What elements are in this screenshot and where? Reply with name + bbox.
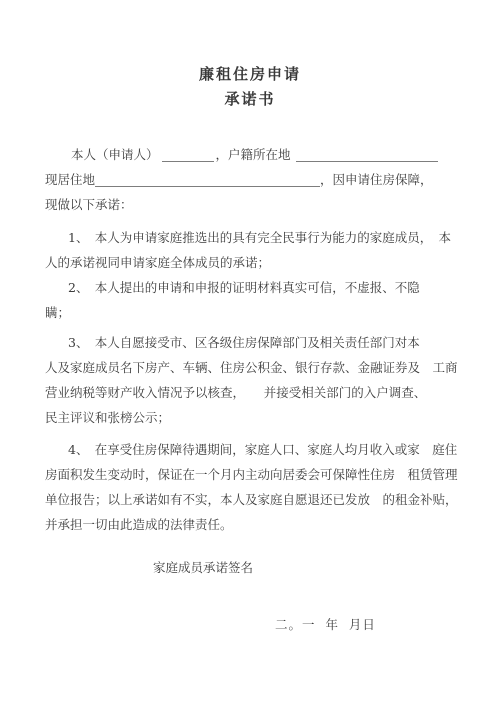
document-body: 本人（申请人），户籍所在地 现居住地，因申请住房保障， 现做以下承诺： 1、 本… — [45, 142, 475, 637]
applicant-blank-field — [162, 149, 214, 162]
signature-label: 家庭成员承诺签名 — [45, 555, 475, 580]
intro-line-1: 本人（申请人），户籍所在地 — [45, 142, 475, 167]
text-line: 人及家庭成员名下房产、车辆、住房公积金、银行存款、金融证券及 工商 — [45, 355, 475, 380]
text-line: 2、 本人提出的申请和申报的证明材料真实可信，不虚报、不隐 — [45, 275, 475, 300]
title-line-2: 承诺书 — [0, 87, 500, 112]
document-page: 廉租住房申请 承诺书 本人（申请人），户籍所在地 现居住地，因申请住房保障， 现… — [0, 0, 500, 708]
commitment-item-3: 3、 本人自愿接受市、区各级住房保障部门及相关责任部门对本 人及家庭成员名下房产… — [45, 330, 475, 430]
text-line: 营业纳税等财产收入情况予以核查， 并接受相关部门的入户调查、 — [45, 380, 475, 405]
text-line: 并承担一切由此造成的法律责任。 — [45, 512, 475, 537]
applicant-label: 本人（申请人） — [71, 147, 159, 162]
intro-line-2: 现居住地，因申请住房保障， — [45, 167, 475, 192]
title-line-1: 廉租住房申请 — [0, 62, 500, 87]
text-line: 3、 本人自愿接受市、区各级住房保障部门及相关责任部门对本 — [45, 330, 475, 355]
document-content: 廉租住房申请 承诺书 本人（申请人），户籍所在地 现居住地，因申请住房保障， 现… — [0, 0, 500, 637]
pledge-lead-line: 现做以下承诺： — [45, 192, 475, 217]
household-blank-field — [296, 149, 438, 162]
text-line: 瞒； — [45, 300, 475, 325]
text-line: 4、 在享受住房保障待遇期间，家庭人口、家庭人均月收入或家 庭住 — [45, 437, 475, 462]
residence-label: 现居住地 — [45, 172, 95, 187]
document-title: 廉租住房申请 承诺书 — [0, 62, 500, 112]
household-label: ，户籍所在地 — [216, 147, 291, 162]
text-line: 房面积发生变动时，保证在一个月内主动向居委会可保障性住房 租赁管理 — [45, 462, 475, 487]
date-line: 二。一 年 月日 — [45, 612, 475, 637]
residence-suffix: ，因申请住房保障， — [320, 172, 433, 187]
commitment-item-4: 4、 在享受住房保障待遇期间，家庭人口、家庭人均月收入或家 庭住 房面积发生变动… — [45, 437, 475, 537]
text-line: 单位报告；以上承诺如有不实，本人及家庭自愿退还已发放 的租金补贴， — [45, 487, 475, 512]
commitment-item-1: 1、 本人为申请家庭推选出的具有完全民事行为能力的家庭成员， 本 人的承诺视同申… — [45, 225, 475, 275]
text-line: 民主评议和张榜公示； — [45, 405, 475, 430]
text-line: 人的承诺视同申请家庭全体成员的承诺； — [45, 250, 475, 275]
text-line: 1、 本人为申请家庭推选出的具有完全民事行为能力的家庭成员， 本 — [45, 225, 475, 250]
residence-blank-field — [95, 174, 320, 187]
commitment-item-2: 2、 本人提出的申请和申报的证明材料真实可信，不虚报、不隐 瞒； — [45, 275, 475, 325]
